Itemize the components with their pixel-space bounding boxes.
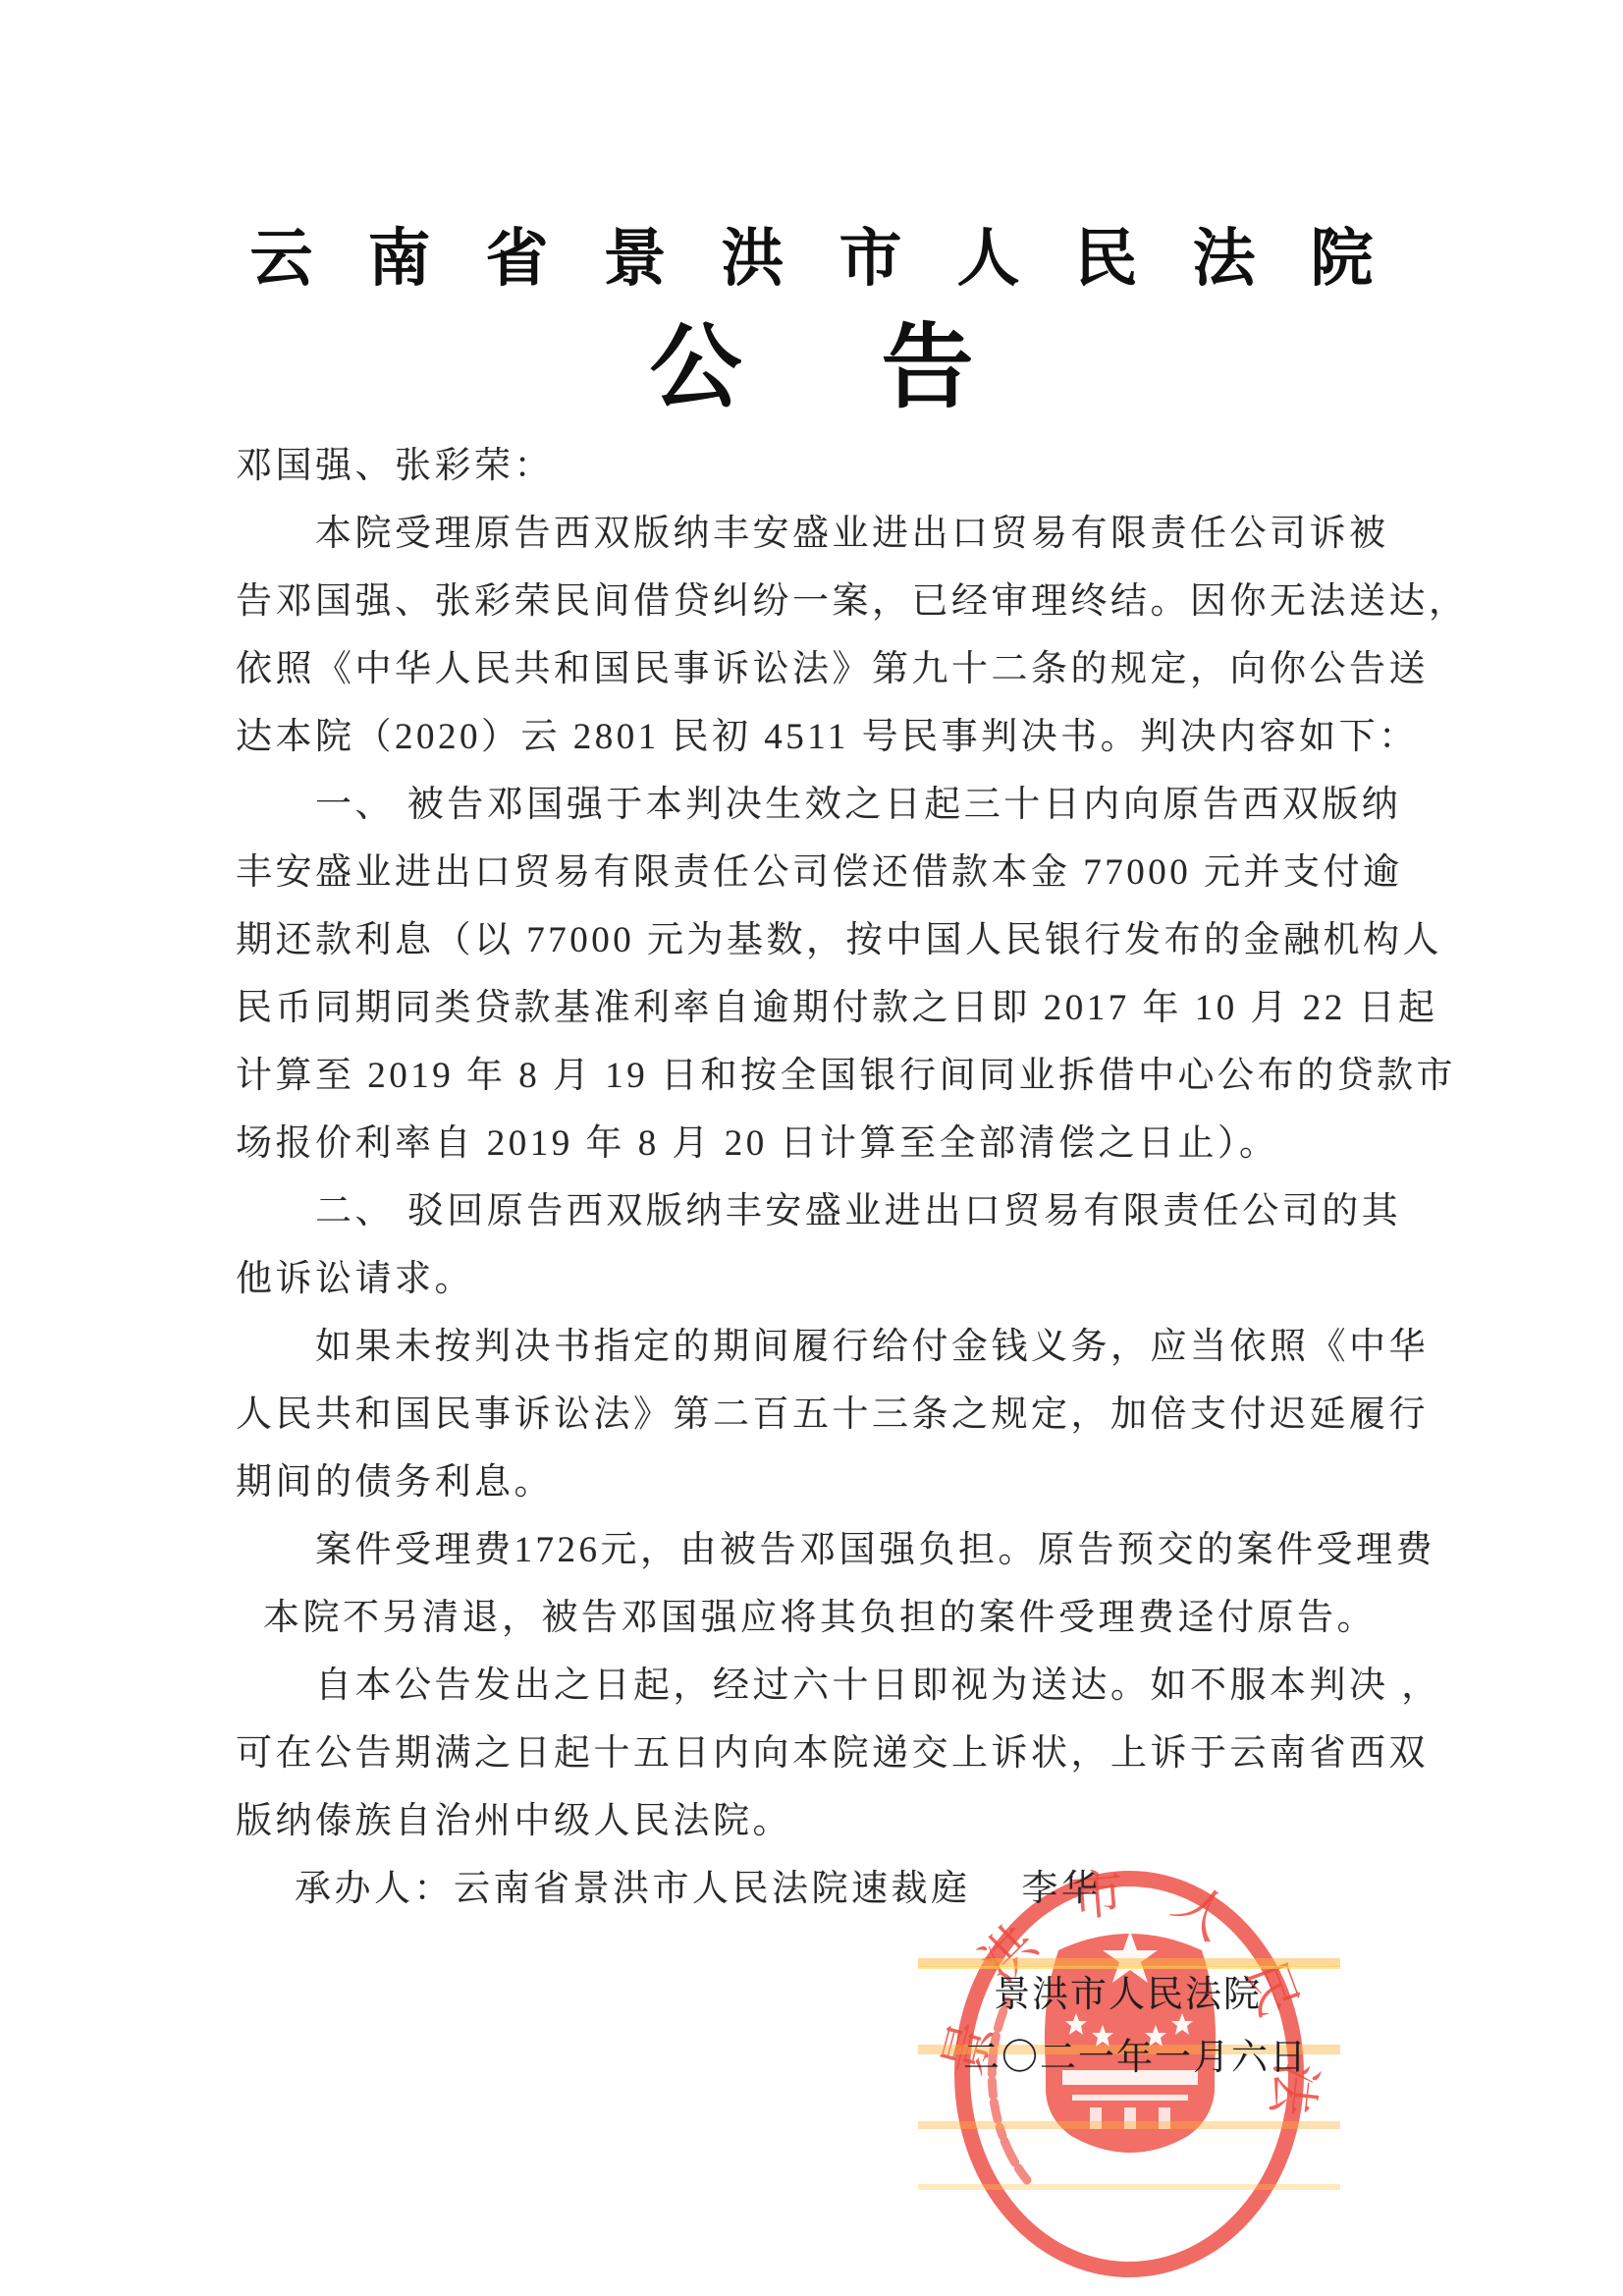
body-line: 本院受理原告西双版纳丰安盛业进出口贸易有限责任公司诉被: [236, 500, 1469, 568]
body-line: 人民共和国民事诉讼法》第二百五十三条之规定，加倍支付迟延履行: [236, 1381, 1469, 1449]
recipient-line: 邓国强、张彩荣：: [236, 432, 1469, 500]
page-title: 云南省景洪市人民法院: [0, 208, 1623, 299]
body-line: 期还款利息（以 77000 元为基数，按中国人民银行发布的金融机构人: [236, 906, 1469, 974]
signature-court: 景洪市人民法院: [994, 1972, 1262, 2019]
body-line: 告邓国强、张彩荣民间借贷纠纷一案，已经审理终结。因你无法送达，: [236, 568, 1469, 635]
body-line: 计算至 2019 年 8 月 19 日和按全国银行间同业拆借中心公布的贷款市: [236, 1042, 1469, 1110]
body-line: 依照《中华人民共和国民事诉讼法》第九十二条的规定，向你公告送: [236, 635, 1469, 703]
handler-label: 承办人：云南省景洪市人民法院速裁庭: [295, 1869, 971, 1909]
court-notice-document: 云南省景洪市人民法院 公告 邓国强、张彩荣： 本院受理原告西双版纳丰安盛业进出口…: [0, 0, 1623, 2296]
handler-name: 李华: [1022, 1869, 1102, 1909]
body-line: 期间的债务利息。: [236, 1449, 1469, 1516]
body-line: 民币同期同类贷款基准利率自逾期付款之日即 2017 年 10 月 22 日起: [236, 974, 1469, 1042]
body-line: 版纳傣族自治州中级人民法院。: [236, 1787, 1469, 1855]
notice-body: 邓国强、张彩荣： 本院受理原告西双版纳丰安盛业进出口贸易有限责任公司诉被 告邓国…: [236, 432, 1469, 1923]
body-line: 丰安盛业进出口贸易有限责任公司偿还借款本金 77000 元并支付逾: [236, 839, 1469, 906]
body-line: 自本公告发出之日起，经过六十日即视为送达。如不服本判决 ，: [236, 1652, 1469, 1720]
body-line: 如果未按判决书指定的期间履行给付金钱义务，应当依照《中华: [236, 1313, 1469, 1381]
body-line: 二、 驳回原告西双版纳丰安盛业进出口贸易有限责任公司的其: [236, 1177, 1469, 1245]
seal-dai-script: [992, 2001, 1027, 2180]
body-line: 本院不另清退，被告邓国强应将其负担的案件受理费迳付原告。: [236, 1584, 1469, 1652]
body-line: 可在公告期满之日起十五日内向本院递交上诉状，上诉于云南省西双: [236, 1720, 1469, 1787]
notice-heading: 公告: [0, 293, 1623, 425]
signature-date: 二〇二一年一月六日: [963, 2035, 1308, 2082]
body-line: 达本院（2020）云 2801 民初 4511 号民事判决书。判决内容如下：: [236, 703, 1469, 771]
body-line: 一、 被告邓国强于本判决生效之日起三十日内向原告西双版纳: [236, 771, 1469, 839]
body-line: 案件受理费1726元，由被告邓国强负担。原告预交的案件受理费: [236, 1516, 1469, 1584]
body-line: 场报价利率自 2019 年 8 月 20 日计算至全部清偿之日止）。: [236, 1110, 1469, 1177]
body-line: 他诉讼请求。: [236, 1245, 1469, 1313]
handler-line: 承办人：云南省景洪市人民法院速裁庭李华: [236, 1855, 1469, 1923]
